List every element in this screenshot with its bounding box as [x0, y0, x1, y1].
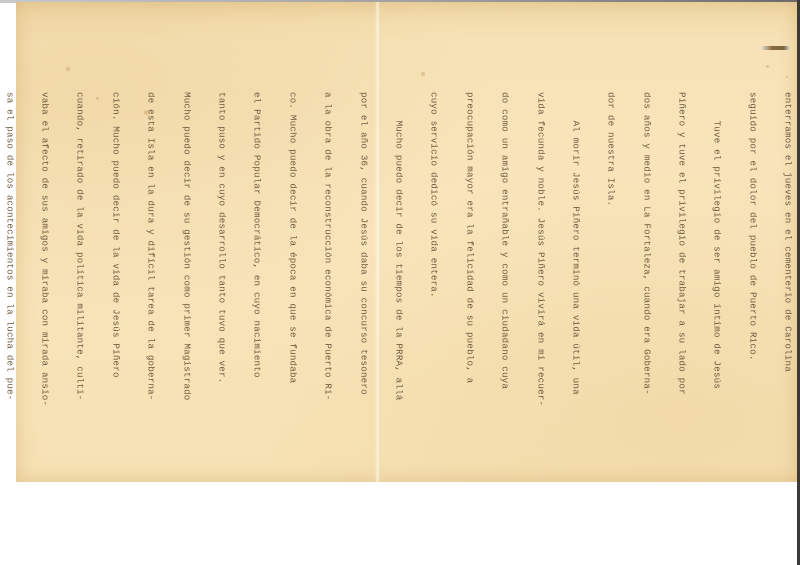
text-line: cuyo servicio dedicó su vida entera. — [428, 92, 440, 432]
text-line: Mucho puedo decir de su gestión como pri… — [180, 92, 192, 432]
text-line: preocupación mayor era la felicidad de s… — [463, 92, 475, 432]
text-line: Piñero y tuve el privilegio de trabajar … — [676, 92, 688, 432]
stain-spot — [421, 72, 425, 76]
text-line: el Partido Popular Democrático, en cuyo … — [251, 92, 263, 432]
stain-spot — [786, 76, 788, 78]
stain-spot — [66, 67, 70, 71]
text-line: de esta Isla en la dura y difícil tarea … — [145, 92, 157, 432]
text-line: tanto puso y en cuyo desarrollo tanto tu… — [216, 92, 228, 432]
typed-text-block: JESUS PIÑERO (In Memoriam) Por: Jorge Fo… — [0, 92, 800, 432]
text-line: cuando, retirado de la vida política mil… — [74, 92, 86, 432]
text-line: dor de nuestra Isla. — [605, 92, 617, 432]
text-line: Mucho puedo decir de los tiempos de la P… — [393, 92, 405, 432]
text-line: a la obra de la reconstrucción económica… — [322, 92, 334, 432]
text-line: Al morir Jesús Piñero terminó una vida ú… — [570, 92, 582, 432]
text-line: vaba el afecto de sus amigos y miraba co… — [39, 92, 51, 432]
text-line: dos años y medio en La Fortaleza, cuando… — [640, 92, 652, 432]
text-line: sa el paso de los acontecimientos en la … — [3, 92, 15, 432]
staple-mark-icon — [761, 46, 789, 50]
stain-spot — [766, 65, 769, 68]
text-line: vida fecunda y noble. Jesús Piñero vivir… — [534, 92, 546, 432]
text-line: Tuve el privilegio de ser amigo íntimo d… — [711, 92, 723, 432]
body-text: Como un homenaje personal de cariño diré… — [0, 92, 800, 432]
scanned-page: JESUS PIÑERO (In Memoriam) Por: Jorge Fo… — [0, 0, 800, 565]
text-line: co. Mucho puedo decir de la época en que… — [286, 92, 298, 432]
text-line: do como un amigo entrañable y como un ci… — [499, 92, 511, 432]
text-line: seguido por el dolor del pueblo de Puert… — [747, 92, 759, 432]
text-line: enterramos el jueves en el cementerio de… — [782, 92, 794, 432]
text-line: por el año 36, cuando Jesús daba su conc… — [357, 92, 369, 432]
text-line: ción. Mucho puedo decir de la vida de Je… — [109, 92, 121, 432]
